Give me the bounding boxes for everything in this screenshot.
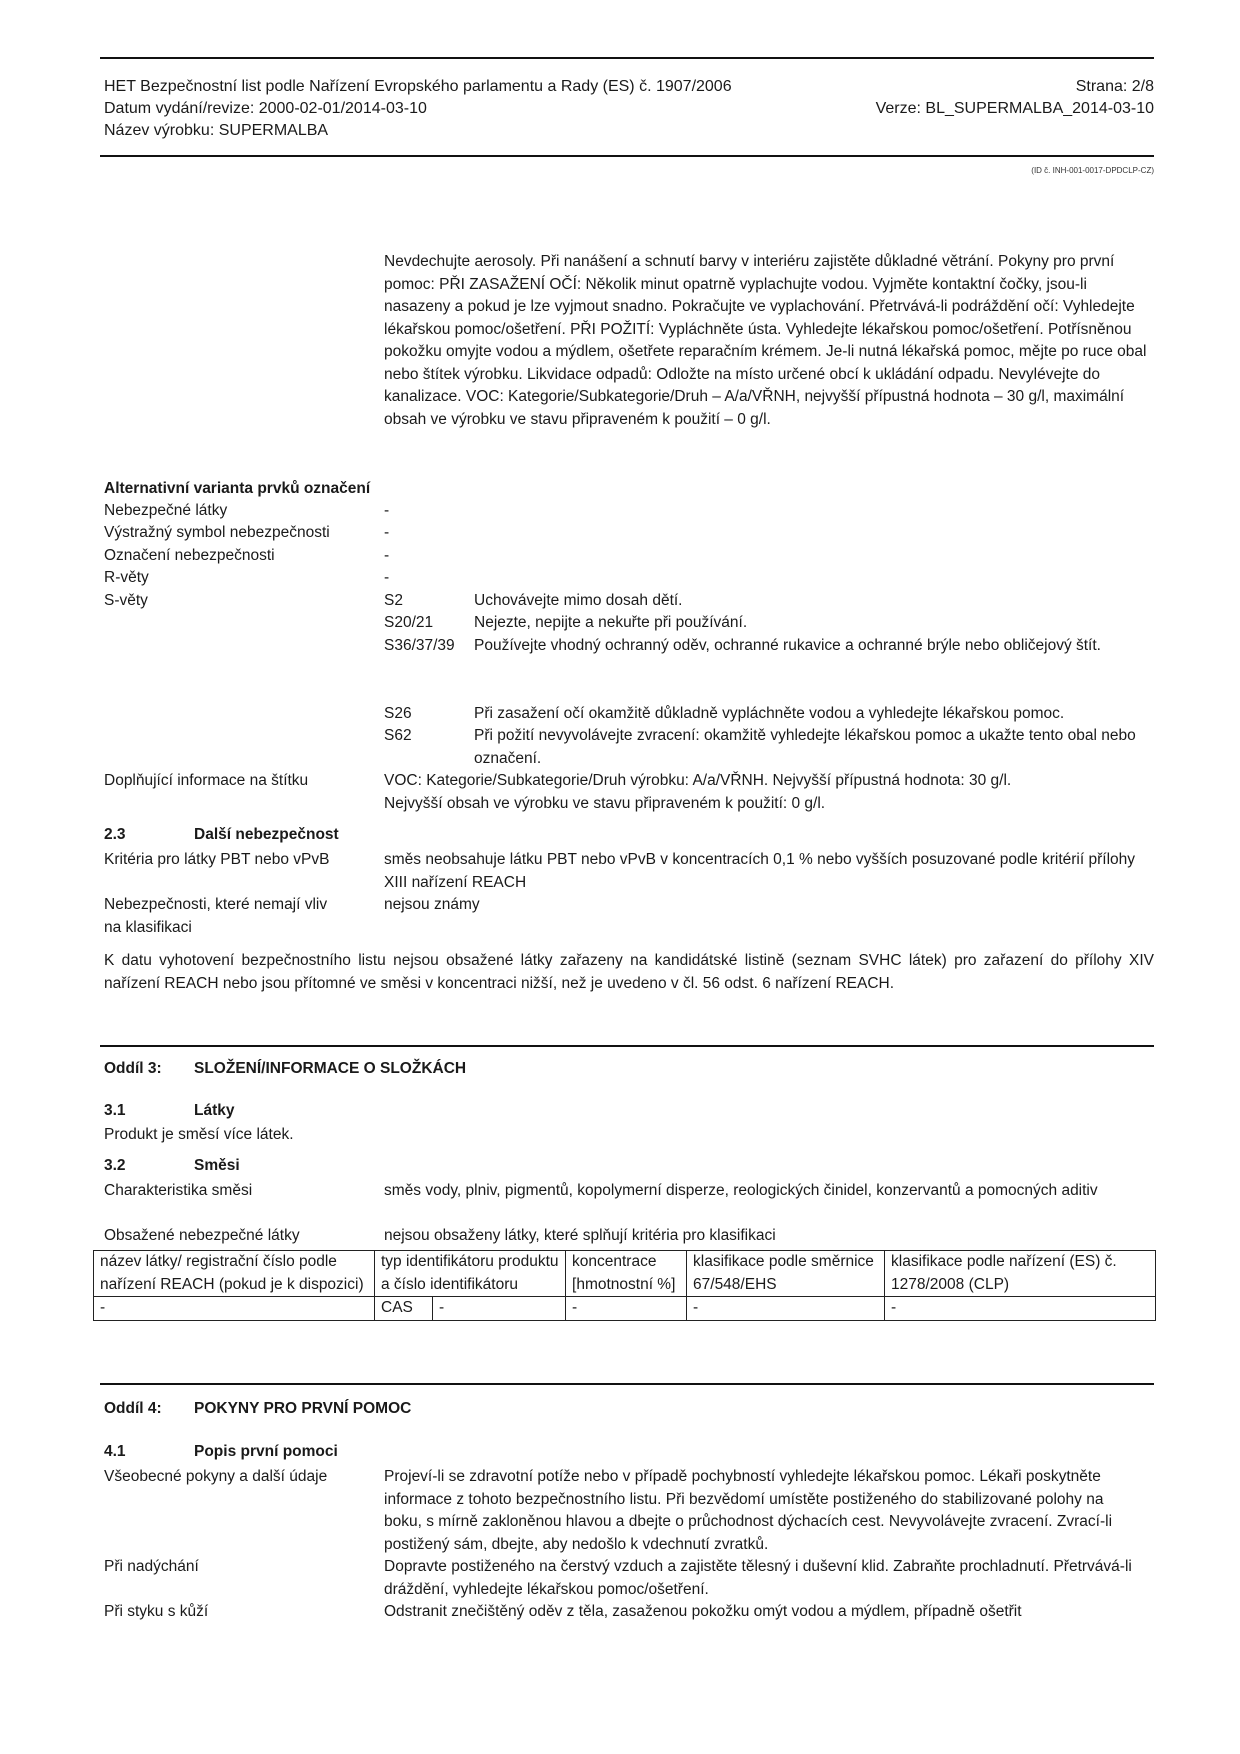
section-number: 2.3: [104, 826, 194, 844]
row-label: Při styku s kůží: [104, 1601, 374, 1624]
section-4-heading: Oddíl 4:POKYNY PRO PRVNÍ POMOC: [104, 1400, 411, 1418]
section-title: Látky: [194, 1102, 235, 1119]
row-value: -: [384, 522, 1154, 545]
header-product: Název výrobku: SUPERMALBA: [104, 120, 328, 142]
row-value: -: [384, 500, 1154, 523]
table-header-cell: název látky/ registrační číslo podle nař…: [94, 1251, 375, 1297]
s-phrase-text: Uchovávejte mimo dosah dětí.: [474, 590, 1154, 613]
s-phrase-code: S62: [384, 725, 474, 748]
table-header-cell: typ identifikátoru produktu a číslo iden…: [375, 1251, 566, 1297]
table-cell: CAS: [375, 1297, 433, 1321]
document-id: (ID č. INH-001-0017-DPDCLP-CZ): [1031, 166, 1154, 175]
s-phrase-code: S26: [384, 703, 474, 726]
substances-text: Produkt je směsí více látek.: [104, 1124, 1154, 1147]
section-title: Další nebezpečnost: [194, 826, 339, 843]
section-title: Směsi: [194, 1157, 240, 1174]
row-label: Označení nebezpečnosti: [104, 545, 374, 568]
section-title: SLOŽENÍ/INFORMACE O SLOŽKÁCH: [194, 1060, 466, 1077]
s-phrase-text: Používejte vhodný ochranný oděv, ochrann…: [474, 635, 1154, 658]
section-title: POKYNY PRO PRVNÍ POMOC: [194, 1400, 411, 1417]
row-value: nejsou známy: [384, 894, 1154, 917]
s-phrase-text: Při zasažení očí okamžitě důkladně vyplá…: [474, 703, 1154, 726]
section-title: Popis první pomoci: [194, 1443, 338, 1460]
section-2-3-heading: 2.3Další nebezpečnost: [104, 826, 339, 844]
s-phrase-text: Nejezte, nepijte a nekuřte při používání…: [474, 612, 1154, 635]
row-value: směs vody, plniv, pigmentů, kopolymerní …: [384, 1180, 1154, 1203]
row-value: směs neobsahuje látku PBT nebo vPvB v ko…: [384, 849, 1154, 894]
section-number: 4.1: [104, 1443, 194, 1461]
table-header-cell: klasifikace podle směrnice 67/548/EHS: [687, 1251, 885, 1297]
section-label: Oddíl 3:: [104, 1060, 194, 1078]
section-number: 3.2: [104, 1157, 194, 1175]
table-cell: -: [94, 1297, 375, 1321]
subsection-3-1-heading: 3.1Látky: [104, 1102, 235, 1120]
alt-labeling-heading: Alternativní varianta prvků označení: [104, 478, 1154, 501]
section-3-heading: Oddíl 3:SLOŽENÍ/INFORMACE O SLOŽKÁCH: [104, 1060, 466, 1078]
table-cell: -: [687, 1297, 885, 1321]
row-value: Dopravte postiženého na čerstvý vzduch a…: [384, 1556, 1134, 1601]
row-value: VOC: Kategorie/Subkategorie/Druh výrobku…: [384, 770, 1154, 793]
section-4-rule: [100, 1383, 1154, 1385]
s-phrases-label: S-věty: [104, 590, 374, 613]
header-bottom-rule: [100, 155, 1154, 157]
composition-table: název látky/ registrační číslo podle nař…: [93, 1250, 1156, 1321]
row-value: nejsou obsaženy látky, které splňují kri…: [384, 1225, 1154, 1248]
table-header-cell: koncentrace [hmotnostní %]: [566, 1251, 687, 1297]
row-label: Nebezpečnosti, které nemají vliv na klas…: [104, 894, 334, 939]
header-title: HET Bezpečnostní list podle Nařízení Evr…: [104, 76, 732, 98]
header-version: Verze: BL_SUPERMALBA_2014-03-10: [876, 98, 1154, 120]
s-phrase-code: S2: [384, 590, 474, 613]
subsection-4-1-heading: 4.1Popis první pomoci: [104, 1443, 338, 1461]
row-label: Doplňující informace na štítku: [104, 770, 374, 793]
table-header-row: název látky/ registrační číslo podle nař…: [94, 1251, 1156, 1297]
s-phrase-code: S20/21: [384, 612, 474, 635]
header-top-rule: [100, 57, 1154, 59]
table-header-cell: klasifikace podle nařízení (ES) č. 1278/…: [885, 1251, 1156, 1297]
row-value: -: [384, 567, 1154, 590]
row-label: Výstražný symbol nebezpečnosti: [104, 522, 374, 545]
table-cell: -: [566, 1297, 687, 1321]
header-date: Datum vydání/revize: 2000-02-01/2014-03-…: [104, 98, 427, 120]
section-3-rule: [100, 1045, 1154, 1047]
row-label: Charakteristika směsi: [104, 1180, 374, 1203]
table-cell: -: [885, 1297, 1156, 1321]
row-label: Obsažené nebezpečné látky: [104, 1225, 374, 1248]
table-row: - CAS - - - -: [94, 1297, 1156, 1321]
row-label: Nebezpečné látky: [104, 500, 374, 523]
s-phrase-text: Při požití nevyvolávejte zvracení: okamž…: [474, 725, 1154, 770]
row-label: Při nadýchání: [104, 1556, 374, 1579]
precautionary-paragraph: Nevdechujte aerosoly. Při nanášení a sch…: [384, 251, 1154, 431]
header-page-number: Strana: 2/8: [1076, 76, 1154, 98]
table-cell: -: [433, 1297, 566, 1321]
svhc-note: K datu vyhotovení bezpečnostního listu n…: [104, 950, 1154, 995]
subsection-3-2-heading: 3.2Směsi: [104, 1157, 240, 1175]
section-number: 3.1: [104, 1102, 194, 1120]
row-value: Projeví-li se zdravotní potíže nebo v př…: [384, 1466, 1134, 1556]
row-label: Kritéria pro látky PBT nebo vPvB: [104, 849, 374, 872]
section-label: Oddíl 4:: [104, 1400, 194, 1418]
row-value: Nejvyšší obsah ve výrobku ve stavu připr…: [384, 793, 1154, 816]
row-value: Odstranit znečištěný oděv z těla, zasaže…: [384, 1601, 1134, 1624]
row-label: R-věty: [104, 567, 374, 590]
s-phrase-code: S36/37/39: [384, 635, 474, 658]
row-value: -: [384, 545, 1154, 568]
row-label: Všeobecné pokyny a další údaje: [104, 1466, 374, 1489]
